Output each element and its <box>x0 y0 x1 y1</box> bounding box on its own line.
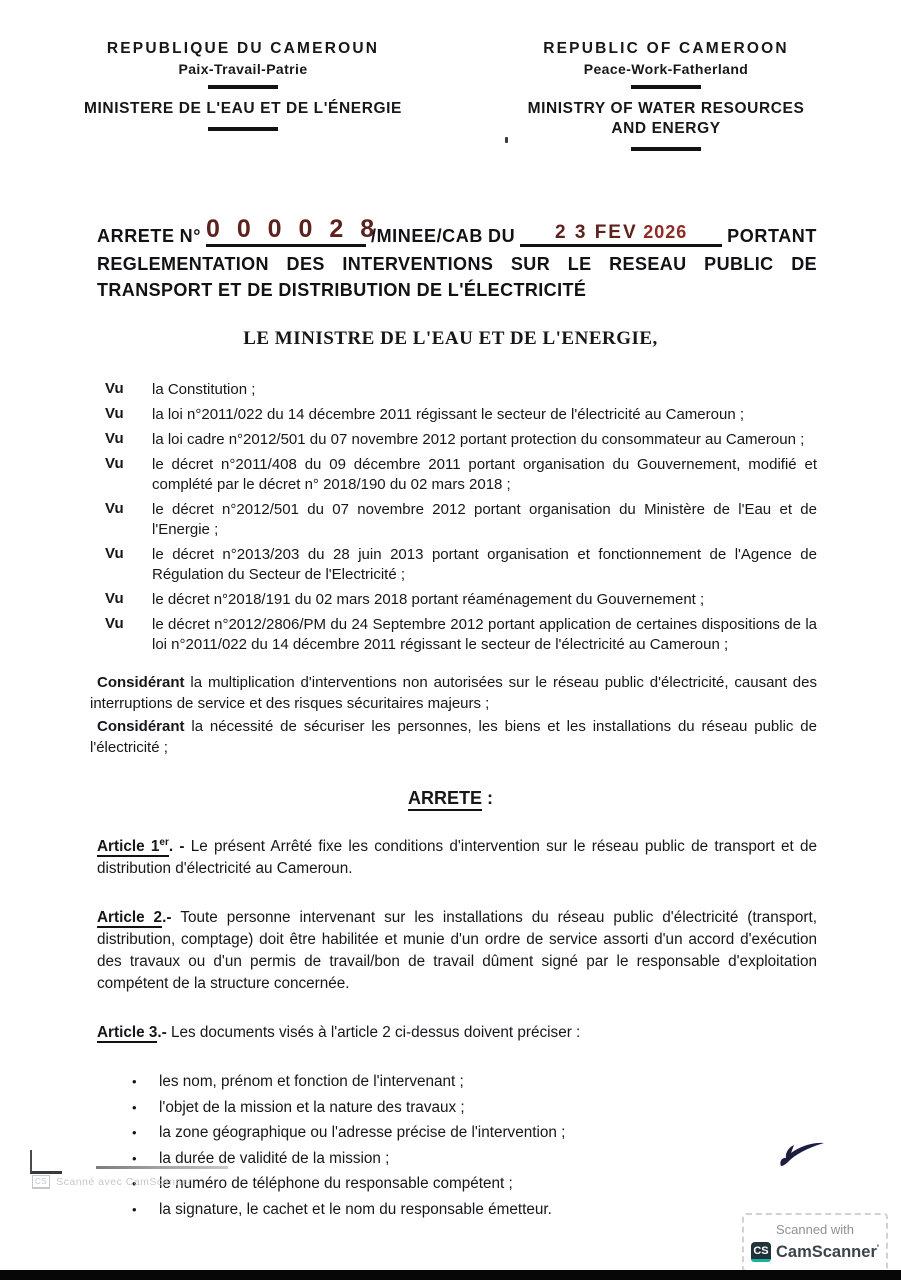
considerant-text: la nécessité de sécuriser les personnes,… <box>90 718 817 756</box>
decree-number-stamp: 0 0 0 0 2 8 <box>206 215 379 243</box>
list-item: • les nom, prénom et fonction de l'inter… <box>132 1069 817 1095</box>
divider-bar <box>208 85 278 89</box>
motto-en: Peace-Work-Fatherland <box>511 61 821 77</box>
vu-text: le décret n°2011/408 du 09 décembre 2011… <box>152 455 817 495</box>
bullet-icon: • <box>132 1120 159 1146</box>
camscanner-logo-faint: CS <box>32 1175 50 1189</box>
vu-text: le décret n°2012/2806/PM du 24 Septembre… <box>152 615 817 655</box>
badge-brand-name: CamScanner' <box>776 1243 879 1262</box>
decree-title-line1: ARRETE N° 0 0 0 0 2 8 /MINEE/CAB DU 2 3 … <box>97 215 817 247</box>
letterhead-english: REPUBLIC OF CAMEROON Peace-Work-Fatherla… <box>511 40 821 161</box>
scanned-document-page: REPUBLIQUE DU CAMEROUN Paix-Travail-Patr… <box>0 0 901 1280</box>
country-name-en: REPUBLIC OF CAMEROON <box>511 40 821 58</box>
list-item-text: l'objet de la mission et la nature des t… <box>159 1095 465 1121</box>
article-1-sup: er <box>159 837 168 848</box>
vu-text: le décret n°2012/501 du 07 novembre 2012… <box>152 500 817 540</box>
article-separator: . - <box>169 838 191 855</box>
vu-item: Vu le décret n°2012/501 du 07 novembre 2… <box>105 500 817 540</box>
considerant-paragraph: Considérant la nécessité de sécuriser le… <box>90 716 817 758</box>
title-word-du: DU <box>488 226 515 247</box>
motto-fr: Paix-Travail-Patrie <box>68 61 418 77</box>
vu-item: Vu la loi cadre n°2012/501 du 07 novembr… <box>105 430 817 450</box>
vu-item: Vu la loi n°2011/022 du 14 décembre 2011… <box>105 405 817 425</box>
country-name-fr: REPUBLIQUE DU CAMEROUN <box>68 40 418 58</box>
bullet-icon: • <box>132 1069 159 1095</box>
list-item: • la zone géographique ou l'adresse préc… <box>132 1120 817 1146</box>
list-item: • la signature, le cachet et le nom du r… <box>132 1197 817 1223</box>
title-word-minee-cab: /MINEE/CAB <box>371 226 483 247</box>
considerant-lead: Considérant <box>97 674 185 691</box>
camscanner-watermark: CS Scanné avec CamScanner <box>32 1175 192 1189</box>
arrete-heading: ARRETE : <box>0 788 901 809</box>
vu-text: le décret n°2018/191 du 02 mars 2018 por… <box>152 590 817 610</box>
title-word-portant: PORTANT <box>727 226 817 247</box>
letterhead-french: REPUBLIQUE DU CAMEROUN Paix-Travail-Patr… <box>68 40 418 161</box>
title-word-arrete: ARRETE <box>97 226 175 247</box>
letterhead: REPUBLIQUE DU CAMEROUN Paix-Travail-Patr… <box>0 0 901 161</box>
bullet-icon: • <box>132 1197 159 1223</box>
divider-bar <box>631 85 701 89</box>
vu-label: Vu <box>105 615 152 655</box>
scan-line-artifact <box>96 1166 228 1169</box>
article-2: Article 2.- Toute personne intervenant s… <box>97 903 817 995</box>
arrete-heading-colon: : <box>482 788 493 808</box>
ministry-name-en-line1: MINISTRY OF WATER RESOURCES <box>511 99 821 119</box>
decree-date-stamp: 2 3 FEV <box>555 222 638 243</box>
vu-text: la loi cadre n°2012/501 du 07 novembre 2… <box>152 430 817 450</box>
considerant-section: Considérant la multiplication d'interven… <box>90 672 817 758</box>
list-item: • la durée de validité de la mission ; <box>132 1146 817 1172</box>
article-1-label: Article 1er <box>97 838 169 857</box>
vu-label: Vu <box>105 545 152 585</box>
list-item-text: le numéro de téléphone du responsable co… <box>159 1171 513 1197</box>
camscanner-badge: Scanned with CS CamScanner' <box>742 1213 888 1272</box>
list-item-text: la signature, le cachet et le nom du res… <box>159 1197 552 1223</box>
scan-speck-artifact <box>505 137 508 143</box>
article-separator: .- <box>157 1024 171 1041</box>
screenshot-bottom-bar <box>0 1270 901 1280</box>
badge-trademark-mark: ' <box>877 1243 879 1253</box>
vu-text: la Constitution ; <box>152 380 817 400</box>
article-2-text: Toute personne intervenant sur les insta… <box>97 909 817 992</box>
scan-corner-artifact <box>30 1150 62 1174</box>
considerant-text: la multiplication d'interventions non au… <box>90 674 817 712</box>
vu-text: le décret n°2013/203 du 28 juin 2013 por… <box>152 545 817 585</box>
article-1: Article 1er. - Le présent Arrêté fixe le… <box>97 832 817 880</box>
badge-brand-row: CS CamScanner' <box>750 1242 880 1262</box>
article-3-label: Article 3 <box>97 1024 157 1043</box>
decree-title-line3: TRANSPORT ET DE DISTRIBUTION DE L'ÉLECTR… <box>97 280 817 301</box>
decree-number-blank: 0 0 0 0 2 8 <box>206 215 366 247</box>
ministry-name-en-line2: AND ENERGY <box>511 119 821 139</box>
decree-date-blank: 2 3 FEV 2026 <box>520 222 722 247</box>
article-3-text: Les documents visés à l'article 2 ci-des… <box>171 1024 580 1041</box>
vu-label: Vu <box>105 430 152 450</box>
pen-mark-artifact <box>776 1133 828 1176</box>
vu-item: Vu le décret n°2012/2806/PM du 24 Septem… <box>105 615 817 655</box>
vu-label: Vu <box>105 380 152 400</box>
minister-heading: LE MINISTRE DE L'EAU ET DE L'ENERGIE, <box>0 328 901 350</box>
article-2-label: Article 2 <box>97 909 162 928</box>
article-1-text: Le présent Arrêté fixe les conditions d'… <box>97 838 817 877</box>
list-item: • l'objet de la mission et la nature des… <box>132 1095 817 1121</box>
decree-title: ARRETE N° 0 0 0 0 2 8 /MINEE/CAB DU 2 3 … <box>97 215 817 301</box>
vu-item: Vu le décret n°2018/191 du 02 mars 2018 … <box>105 590 817 610</box>
vu-list: Vu la Constitution ; Vu la loi n°2011/02… <box>105 380 817 655</box>
vu-item: Vu le décret n°2013/203 du 28 juin 2013 … <box>105 545 817 585</box>
vu-label: Vu <box>105 455 152 495</box>
ministry-name-en: MINISTRY OF WATER RESOURCES AND ENERGY <box>511 99 821 139</box>
article-separator: .- <box>162 909 180 926</box>
required-items-list: • les nom, prénom et fonction de l'inter… <box>132 1069 817 1222</box>
vu-label: Vu <box>105 500 152 540</box>
list-item-text: la zone géographique ou l'adresse précis… <box>159 1120 565 1146</box>
badge-scanned-with-text: Scanned with <box>750 1222 880 1237</box>
decree-title-line2: REGLEMENTATION DES INTERVENTIONS SUR LE … <box>97 254 817 275</box>
title-word-number-sign: N° <box>180 226 201 247</box>
considerant-paragraph: Considérant la multiplication d'interven… <box>90 672 817 714</box>
vu-text: la loi n°2011/022 du 14 décembre 2011 ré… <box>152 405 817 425</box>
divider-bar <box>631 147 701 151</box>
camscanner-cs-icon: CS <box>751 1242 771 1262</box>
decree-year-stamp: 2026 <box>643 222 687 242</box>
arrete-heading-word: ARRETE <box>408 788 482 811</box>
list-item: • le numéro de téléphone du responsable … <box>132 1171 817 1197</box>
considerant-lead: Considérant <box>97 718 185 735</box>
list-item-text: les nom, prénom et fonction de l'interve… <box>159 1069 464 1095</box>
article-3: Article 3.- Les documents visés à l'arti… <box>97 1018 817 1044</box>
divider-bar <box>208 127 278 131</box>
vu-item: Vu la Constitution ; <box>105 380 817 400</box>
vu-label: Vu <box>105 405 152 425</box>
watermark-text: Scanné avec CamScanner <box>56 1176 192 1188</box>
vu-label: Vu <box>105 590 152 610</box>
bullet-icon: • <box>132 1095 159 1121</box>
vu-item: Vu le décret n°2011/408 du 09 décembre 2… <box>105 455 817 495</box>
ministry-name-fr: MINISTERE DE L'EAU ET DE L'ÉNERGIE <box>68 99 418 119</box>
